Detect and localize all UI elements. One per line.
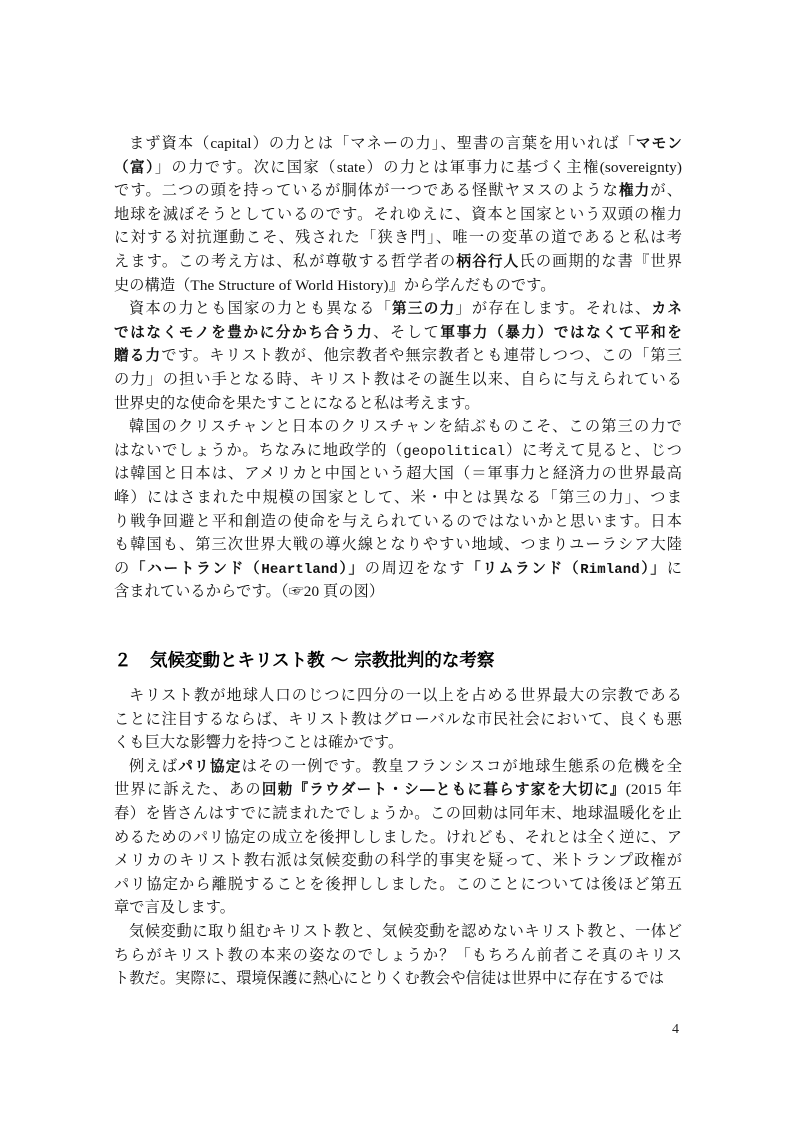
- text-run: ことに注目するならば、キリスト教はグローバルな市民社会において、良くも悪: [114, 711, 682, 728]
- bold-text: Rimland: [580, 562, 640, 578]
- text-run: です。キリスト教が、他宗教者や無宗教者とも連帯しつつ、この「第三: [161, 347, 682, 364]
- text-run: 例えば: [129, 758, 178, 775]
- text-run: はその一例です。教皇フランシスコが地球生態系の危機を全: [242, 758, 682, 775]
- text-run: 、そして: [373, 324, 440, 341]
- bold-text: 回勅『ラウダート・シ―ともに暮らす家を大切に』: [262, 781, 626, 798]
- text-run: 気候変動に取り組むキリスト教と、気候変動を認めないキリスト教と、一体ど: [129, 923, 682, 940]
- text-line: り戦争回避と平和創造の使命を与えられているのではないかと思います。日本: [114, 510, 682, 534]
- text-run: えます。この考え方は、私が尊敬する哲学者の: [114, 253, 456, 270]
- section-number: ２: [114, 648, 150, 674]
- text-run: 章で言及します。: [114, 899, 235, 916]
- text-run: 世界に訴えた、あの: [114, 781, 262, 798]
- paragraph: 韓国のクリスチャンと日本のクリスチャンを結ぶものこそ、この第三の力ではないでしょ…: [114, 415, 682, 604]
- text-line: の力」の担い手となる時、キリスト教はその誕生以来、自らに与えられている: [114, 368, 682, 392]
- text-run: ）に考えて見ると、じつ: [505, 442, 682, 459]
- text-line: 地球を滅ぼそうとしているのです。それゆえに、資本と国家という双頭の権力: [114, 203, 682, 227]
- text-line: まず資本（capital）の力とは「マネーの力」、聖書の言葉を用いれば「マモン: [114, 132, 682, 156]
- text-run: り戦争回避と平和創造の使命を与えられているのではないかと思います。日本: [114, 513, 682, 530]
- text-line: の「ハートランド（Heartland）」の周辺をなす「リムランド（Rimland…: [114, 557, 682, 581]
- text-line: パリ協定から離脱することを後押ししました。このことについては後ほど第五: [114, 873, 682, 897]
- text-run: (2015 年: [626, 781, 682, 798]
- text-line: ではなくモノを豊かに分かち合う力、そして軍事力（暴力）ではなくて平和を: [114, 321, 682, 345]
- text-line: 資本の力とも国家の力とも異なる「第三の力」が存在します。それは、カネ: [114, 297, 682, 321]
- text-run: 韓国のクリスチャンと日本のクリスチャンを結ぶものこそ、この第三の力で: [129, 418, 682, 435]
- text-run: に: [667, 560, 682, 577]
- paragraph: 気候変動に取り組むキリスト教と、気候変動を認めないキリスト教と、一体どちらがキリ…: [114, 920, 682, 991]
- text-run: めるためのパリ協定の成立を後押ししました。けれども、それとは全く逆に、ア: [114, 829, 682, 846]
- bold-text: マモン: [636, 135, 682, 152]
- text-line: はないでしょうか。ちなみに地政学的（geopolitical）に考えて見ると、じ…: [114, 439, 682, 463]
- text-run: の周辺をなす: [365, 560, 466, 577]
- text-run: 峰）にはさまれた中規模の国家として、米・中とは異なる「第三の力」、つま: [114, 489, 682, 506]
- text-run: パリ協定から離脱することを後押ししました。このことについては後ほど第五: [114, 876, 682, 893]
- text-run: ちらがキリスト教の本来の姿なのでしょうか？「もちろん前者こそ真のキリス: [114, 947, 682, 964]
- document-page: まず資本（capital）の力とは「マネーの力」、聖書の言葉を用いれば「マモン（…: [0, 0, 794, 1123]
- text-run: が、: [650, 182, 682, 199]
- page-number: 4: [672, 1022, 679, 1038]
- bold-text: （富）: [114, 159, 155, 176]
- section-1-body: まず資本（capital）の力とは「マネーの力」、聖書の言葉を用いれば「マモン（…: [114, 132, 682, 604]
- text-run: は韓国と日本は、アメリカと中国という超大国（＝軍事力と経済力の世界最高: [114, 465, 682, 482]
- text-run: に対する対抗運動こそ、残された「狭き門」、唯一の変革の道であると私は考: [114, 229, 682, 246]
- text-run: 史の構造（The Structure of World History)』から学…: [114, 277, 556, 294]
- text-line: 史の構造（The Structure of World History)』から学…: [114, 274, 682, 298]
- text-line: も韓国も、第三次世界大戦の導火線となりやすい地域、つまりユーラシア大陸: [114, 533, 682, 557]
- text-line: です。二つの頭を持っているが胴体が一つである怪獣ヤヌスのような権力が、: [114, 179, 682, 203]
- text-run: 世界史的な使命を果たすことになると私は考えます。: [114, 395, 480, 412]
- text-run: です。二つの頭を持っているが胴体が一つである怪獣ヤヌスのような: [114, 182, 619, 199]
- text-line: ト教だ。実際に、環境保護に熱心にとりくむ教会や信徒は世界中に存在するでは: [114, 967, 682, 991]
- text-run: 含まれているからです。（☞20 頁の図）: [114, 583, 384, 600]
- text-line: めるためのパリ協定の成立を後押ししました。けれども、それとは全く逆に、ア: [114, 826, 682, 850]
- text-line: 章で言及します。: [114, 896, 682, 920]
- text-run: 地球を滅ぼそうとしているのです。それゆえに、資本と国家という双頭の権力: [114, 206, 682, 223]
- text-run: メリカのキリスト教右派は気候変動の科学的事実を疑って、米トランプ政権が: [114, 852, 682, 869]
- text-line: 世界に訴えた、あの回勅『ラウダート・シ―ともに暮らす家を大切に』(2015 年: [114, 778, 682, 802]
- text-run: の力」の担い手となる時、キリスト教はその誕生以来、自らに与えられている: [114, 371, 682, 388]
- text-line: キリスト教が地球人口のじつに四分の一以上を占める世界最大の宗教である: [114, 684, 682, 708]
- text-run: も韓国も、第三次世界大戦の導火線となりやすい地域、つまりユーラシア大陸: [114, 536, 682, 553]
- text-run: 資本の力とも国家の力とも異なる「: [129, 300, 392, 317]
- bold-text: 「ハートランド（: [131, 560, 261, 577]
- bold-text: 軍事力（暴力）ではなくて平和を: [440, 324, 682, 341]
- paragraph: 資本の力とも国家の力とも異なる「第三の力」が存在します。それは、カネではなくモノ…: [114, 297, 682, 415]
- paragraph: まず資本（capital）の力とは「マネーの力」、聖書の言葉を用いれば「マモン（…: [114, 132, 682, 297]
- section-title: 気候変動とキリスト教 ～ 宗教批判的な考察: [150, 651, 494, 671]
- text-run: 」が存在します。それは、: [455, 300, 651, 317]
- text-run: ト教だ。実際に、環境保護に熱心にとりくむ教会や信徒は世界中に存在するでは: [114, 970, 664, 987]
- text-run: 」の力です。次に国家（state）の力とは軍事力に基づく主権(sovereign…: [155, 159, 682, 176]
- text-run: 氏の画期的な書『世界: [519, 253, 682, 270]
- bold-text: パリ協定: [178, 758, 241, 775]
- bold-text: 第三の力: [392, 300, 455, 317]
- text-line: に対する対抗運動こそ、残された「狭き門」、唯一の変革の道であると私は考: [114, 226, 682, 250]
- bold-text: 贈る力: [114, 347, 161, 364]
- text-line: 世界史的な使命を果たすことになると私は考えます。: [114, 392, 682, 416]
- paragraph: キリスト教が地球人口のじつに四分の一以上を占める世界最大の宗教であることに注目す…: [114, 684, 682, 755]
- text-line: は韓国と日本は、アメリカと中国という超大国（＝軍事力と経済力の世界最高: [114, 462, 682, 486]
- section-2-body: キリスト教が地球人口のじつに四分の一以上を占める世界最大の宗教であることに注目す…: [114, 684, 682, 991]
- text-line: 例えばパリ協定はその一例です。教皇フランシスコが地球生態系の危機を全: [114, 755, 682, 779]
- text-run: くも巨大な影響力を持つことは確かです。: [114, 734, 403, 751]
- bold-text: ）」: [640, 560, 667, 577]
- bold-text: ）」: [338, 560, 365, 577]
- section-heading: ２気候変動とキリスト教 ～ 宗教批判的な考察: [114, 648, 494, 674]
- bold-text: カネ: [651, 300, 682, 317]
- text-line: ちらがキリスト教の本来の姿なのでしょうか？「もちろん前者こそ真のキリス: [114, 944, 682, 968]
- text-run: の: [114, 560, 131, 577]
- text-line: えます。この考え方は、私が尊敬する哲学者の柄谷行人氏の画期的な書『世界: [114, 250, 682, 274]
- bold-text: Heartland: [261, 562, 338, 578]
- text-line: ことに注目するならば、キリスト教はグローバルな市民社会において、良くも悪: [114, 708, 682, 732]
- bold-text: ではなくモノを豊かに分かち合う力: [114, 324, 373, 341]
- text-line: メリカのキリスト教右派は気候変動の科学的事実を疑って、米トランプ政権が: [114, 849, 682, 873]
- text-line: 贈る力です。キリスト教が、他宗教者や無宗教者とも連帯しつつ、この「第三: [114, 344, 682, 368]
- text-line: （富）」の力です。次に国家（state）の力とは軍事力に基づく主権(sovere…: [114, 156, 682, 180]
- text-line: 含まれているからです。（☞20 頁の図）: [114, 580, 682, 604]
- text-line: 気候変動に取り組むキリスト教と、気候変動を認めないキリスト教と、一体ど: [114, 920, 682, 944]
- text-run: はないでしょうか。ちなみに地政学的（: [114, 442, 403, 459]
- text-line: 春）を皆さんはすでに読まれたでしょうか。この回勅は同年末、地球温暖化を止: [114, 802, 682, 826]
- bold-text: 柄谷行人: [456, 253, 519, 270]
- text-run: 春）を皆さんはすでに読まれたでしょうか。この回勅は同年末、地球温暖化を止: [114, 805, 682, 822]
- text-run: geopolitical: [403, 444, 505, 460]
- text-line: 韓国のクリスチャンと日本のクリスチャンを結ぶものこそ、この第三の力で: [114, 415, 682, 439]
- text-run: まず資本（capital）の力とは「マネーの力」、聖書の言葉を用いれば「: [129, 135, 636, 152]
- paragraph: 例えばパリ協定はその一例です。教皇フランシスコが地球生態系の危機を全世界に訴えた…: [114, 755, 682, 920]
- bold-text: 「リムランド（: [466, 560, 580, 577]
- text-line: くも巨大な影響力を持つことは確かです。: [114, 731, 682, 755]
- text-run: キリスト教が地球人口のじつに四分の一以上を占める世界最大の宗教である: [129, 687, 682, 704]
- bold-text: 権力: [619, 182, 650, 199]
- text-line: 峰）にはさまれた中規模の国家として、米・中とは異なる「第三の力」、つま: [114, 486, 682, 510]
